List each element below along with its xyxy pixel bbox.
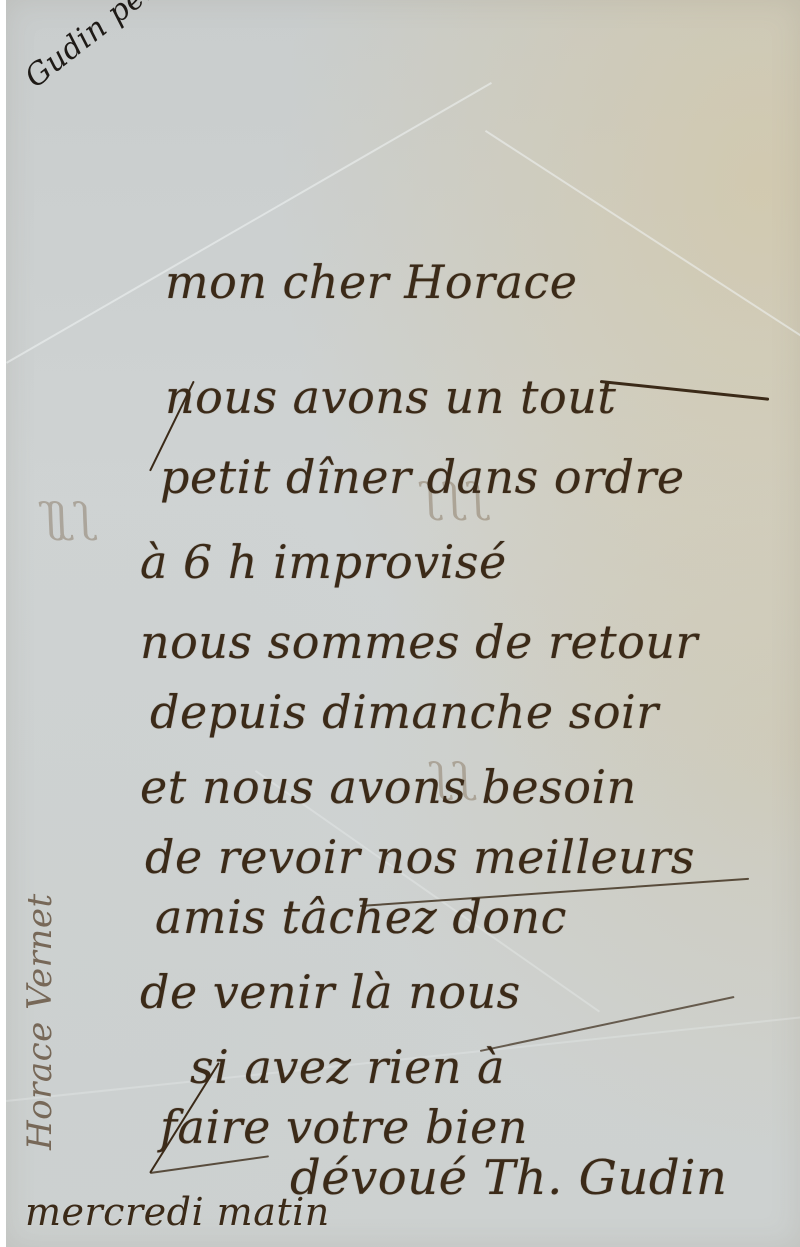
letter-line: de venir là nous	[140, 965, 521, 1019]
letter-line: depuis dimanche soir	[150, 685, 659, 739]
letter-line: amis tâchez donc	[155, 890, 567, 944]
signature: dévoué Th. Gudin	[290, 1150, 727, 1206]
margin-note: Horace Vernet	[20, 893, 60, 1150]
letter-line: à 6 h improvisé	[140, 535, 507, 589]
paper-fold-line	[6, 82, 492, 364]
ink-bleed-through: ʃʃ ʃ	[46, 500, 91, 546]
letter-line: et nous avons besoin	[140, 760, 637, 814]
date-line: mercredi matin	[25, 1190, 330, 1234]
letter-line: de revoir nos meilleurs	[145, 830, 695, 884]
letter-line: si avez rien à	[190, 1040, 505, 1094]
letter-line: nous sommes de retour	[140, 615, 698, 669]
salutation: mon cher Horace	[165, 255, 578, 309]
letter-line: petit dîner dans ordre	[160, 450, 685, 504]
letter-line: faire votre bien	[160, 1100, 528, 1154]
paper-fold-line	[485, 130, 800, 360]
letter-line: nous avons un tout	[165, 370, 616, 424]
